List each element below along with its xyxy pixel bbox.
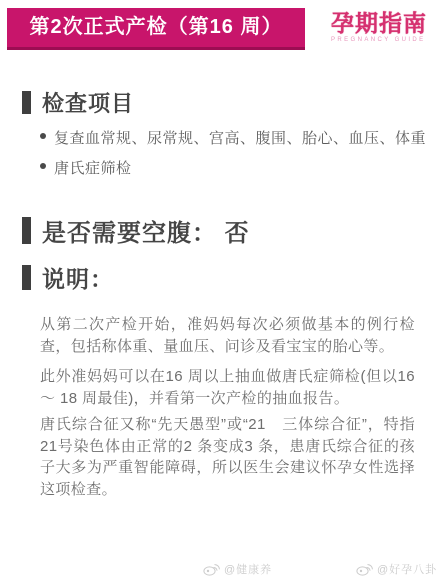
brand-logo-subtitle: PREGNANCY GUIDE: [331, 37, 431, 43]
weibo-icon: [203, 562, 220, 576]
heading-bar: [22, 91, 31, 114]
section-heading-fasting: 是否需要空腹： 否: [22, 213, 250, 248]
note-paragraph: 此外准妈妈可以在16 周以上抽血做唐氏症筛检(但以16 ～ 18 周最佳)，并看…: [40, 366, 415, 409]
list-item: 唐氏症筛检: [40, 157, 132, 178]
watermark-text: @健康养: [224, 561, 272, 577]
section-title: 是否需要空腹： 否: [42, 213, 250, 248]
bullet-icon: [40, 163, 46, 169]
weibo-icon: [356, 562, 373, 576]
title-banner: 第2次正式产检（第16 周）: [7, 8, 305, 50]
note-paragraph: 唐氏综合征又称“先天愚型”或“21 三体综合征”，特指21号染色体由正常的2 条…: [40, 414, 415, 500]
list-item-text: 复查血常规、尿常规、宫高、腹围、胎心、血压、体重: [54, 127, 426, 148]
watermark-text: @好孕八卦: [377, 561, 437, 577]
section-heading-check-items: 检查项目: [22, 87, 134, 118]
watermark: @健康养: [203, 561, 272, 577]
note-paragraph: 从第二次产检开始，准妈妈每次必须做基本的例行检查，包括称体重、量血压、问诊及看宝…: [40, 314, 415, 357]
bullet-icon: [40, 133, 46, 139]
list-item-text: 唐氏症筛检: [54, 157, 132, 178]
brand-logo: 孕期指南 PREGNANCY GUIDE: [331, 11, 431, 43]
section-heading-notes: 说明：: [22, 261, 114, 294]
heading-bar: [22, 217, 31, 244]
infographic-card: 第2次正式产检（第16 周） 孕期指南 PREGNANCY GUIDE 检查项目…: [0, 0, 440, 587]
page-title: 第2次正式产检（第16 周）: [30, 16, 283, 38]
heading-bar: [22, 265, 31, 290]
section-title: 检查项目: [42, 87, 134, 118]
watermark: @好孕八卦: [356, 561, 437, 577]
section-title: 说明：: [42, 261, 114, 294]
brand-logo-text: 孕期指南: [331, 11, 431, 35]
list-item: 复查血常规、尿常规、宫高、腹围、胎心、血压、体重: [40, 127, 426, 148]
